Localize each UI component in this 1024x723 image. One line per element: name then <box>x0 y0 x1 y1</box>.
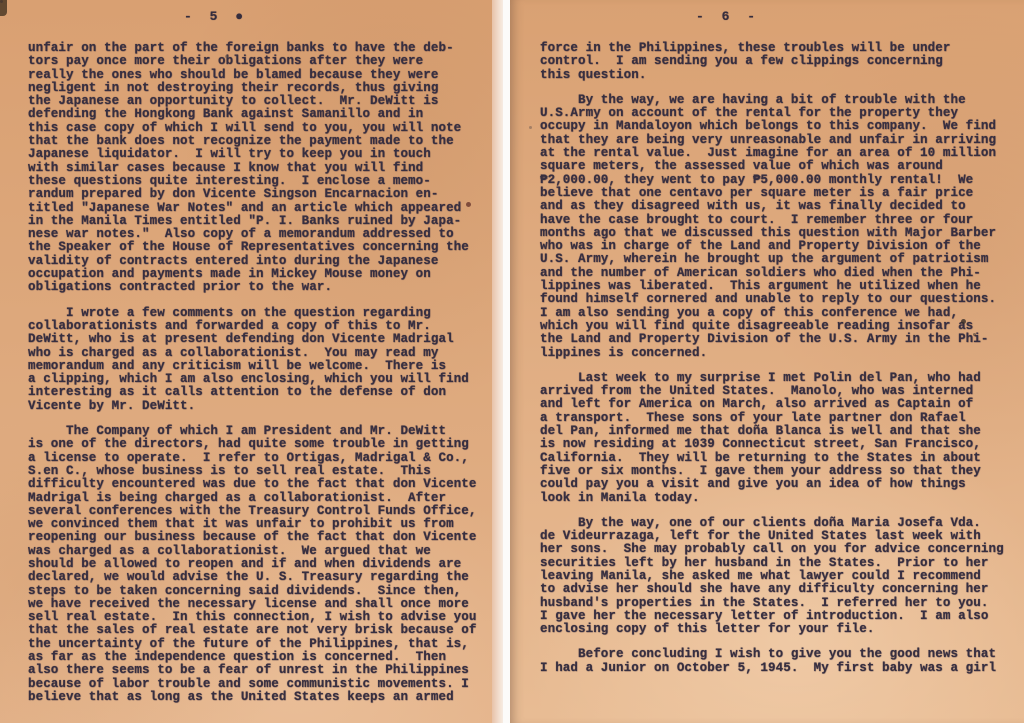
page-number-6: - 6 - <box>510 0 1024 24</box>
text-line: randum prepared by don Vicente Singson E… <box>28 188 486 201</box>
text-line: defending the Hongkong Bank against Sama… <box>28 108 486 121</box>
text-line: that the sales of real estate are not ve… <box>28 624 486 637</box>
paragraph: force in the Philippines, these troubles… <box>540 42 1018 82</box>
page-edge-highlight <box>492 0 503 723</box>
text-line: Before concluding I wish to give you the… <box>540 648 1018 661</box>
text-line: believe that as long as the United State… <box>28 691 486 704</box>
paragraph: By the way, one of our clients doña Mari… <box>540 517 1018 637</box>
text-line: really the ones who should be blamed bec… <box>28 69 486 82</box>
text-line: look in Manila today. <box>540 492 1018 505</box>
page-body: unfair on the part of the foreign banks … <box>0 42 492 716</box>
paper-specks <box>0 0 3 3</box>
text-line: interesting as it calls attention to the… <box>28 386 486 399</box>
text-line: lippines is concerned. <box>540 347 1018 360</box>
text-line: is one of the directors, had quite some … <box>28 438 486 451</box>
text-line: the Land and Property Division of the U.… <box>540 333 1018 346</box>
text-line: control. I am sending you a few clipping… <box>540 55 1018 68</box>
text-line: Vicente by Mr. DeWitt. <box>28 400 486 413</box>
text-line: titled "Japanese War Notes" and an artic… <box>28 202 486 215</box>
text-line: found himself cornered and unable to rep… <box>540 293 1018 306</box>
text-line: I wrote a few comments on the question r… <box>28 307 486 320</box>
text-line: who is charged as a collaborationist. Yo… <box>28 347 486 360</box>
text-line: also there seems to be a fear of unrest … <box>28 664 486 677</box>
text-line: steps to be taken concerning said divide… <box>28 585 486 598</box>
text-line: Japanese liquidator. I will try to keep … <box>28 148 486 161</box>
text-line: I had a Junior on October 5, 1945. My fi… <box>540 662 1018 675</box>
text-line: because of labor trouble and some commun… <box>28 678 486 691</box>
text-line: her sons. She may probably call on you f… <box>540 543 1018 556</box>
text-line: I am also sending you a copy of this con… <box>540 307 1018 320</box>
text-line: have the case brought to court. I rememb… <box>540 214 1018 227</box>
paragraph: By the way, we are having a bit of troub… <box>540 94 1018 360</box>
scanned-letter: - 5 ● unfair on the part of the foreign … <box>0 0 1024 723</box>
text-line: and as they disagreed with us, it was fi… <box>540 200 1018 213</box>
page-gutter <box>503 0 510 723</box>
text-line: is now residing at 1039 Connecticut stre… <box>540 438 1018 451</box>
page-body: force in the Philippines, these troubles… <box>510 42 1024 687</box>
text-line: tors pay once more their obligations aft… <box>28 55 486 68</box>
text-line: enclosing copy of this letter for your f… <box>540 623 1018 636</box>
text-line: reopening our business because of the fa… <box>28 531 486 544</box>
text-line: occupy in Mandaloyon which belongs to th… <box>540 120 1018 133</box>
text-line: declared, we would advise the U. S. Trea… <box>28 571 486 584</box>
text-line: this question. <box>540 69 1018 82</box>
text-line: DeWitt, who is at present defending don … <box>28 333 486 346</box>
text-line: and left for America on March, also arri… <box>540 398 1018 411</box>
text-line: ₱2,000.00, they went to pay ₱5,000.00 mo… <box>540 174 1018 187</box>
letter-page-6: - 6 - force in the Philippines, these tr… <box>510 0 1024 723</box>
paragraph: I wrote a few comments on the question r… <box>28 307 486 413</box>
text-line: a license to operate. I refer to Ortigas… <box>28 452 486 465</box>
page-number-5: - 5 ● <box>0 0 492 24</box>
text-line: obligations contracted prior to the war. <box>28 281 486 294</box>
paragraph: The Company of which I am President and … <box>28 425 486 704</box>
paragraph: unfair on the part of the foreign banks … <box>28 42 486 295</box>
text-line: difficulty encountered was due to the fa… <box>28 478 486 491</box>
text-line: husband's properties in the States. I re… <box>540 597 1018 610</box>
paragraph: Last week to my surprise I met Polin del… <box>540 372 1018 505</box>
text-line: California. They will be returning to th… <box>540 452 1018 465</box>
text-line: U.S. Army, wherein he brought up the arg… <box>540 253 1018 266</box>
text-line: was charged as a collaborationist. We ar… <box>28 545 486 558</box>
letter-page-5: - 5 ● unfair on the part of the foreign … <box>0 0 492 723</box>
text-line: Madrigal is being charged as a collabora… <box>28 492 486 505</box>
text-line: square meters, the assessed value of whi… <box>540 160 1018 173</box>
paragraph: Before concluding I wish to give you the… <box>540 648 1018 675</box>
text-line: securities left by her husband in the St… <box>540 557 1018 570</box>
text-line: the Speaker of the House of Representati… <box>28 241 486 254</box>
text-line: to advise her should she have any diffic… <box>540 583 1018 596</box>
text-line: with similar cases because I know that y… <box>28 162 486 175</box>
text-line: could pay you a visit and give you an id… <box>540 478 1018 491</box>
